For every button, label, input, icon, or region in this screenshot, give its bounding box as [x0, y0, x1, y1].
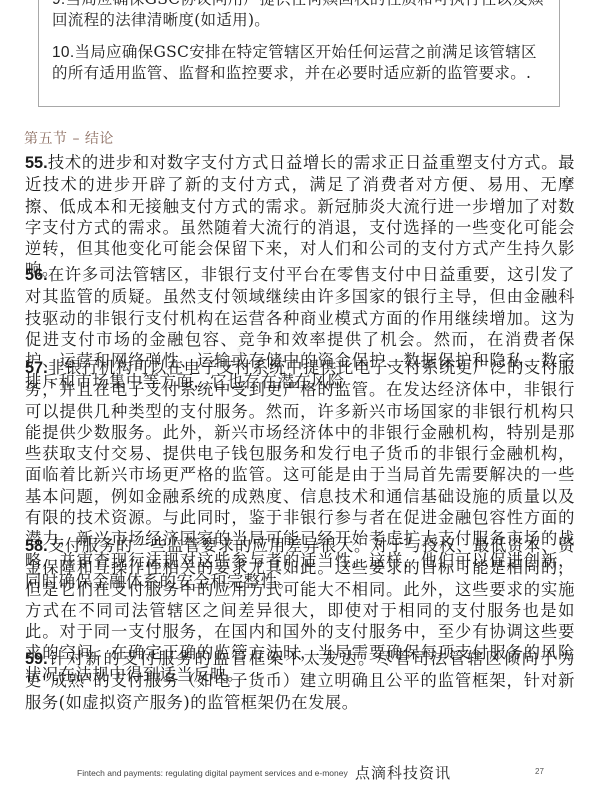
- paragraph-number: 59.: [25, 650, 48, 668]
- paragraph-number: 56.: [25, 266, 48, 284]
- paragraph-number: 57.: [25, 359, 48, 377]
- paragraph-55: 55.技术的进步和对数字支付方式日益增长的需求正日益重塑支付方式。最近技术的进步…: [25, 152, 575, 281]
- item-number: 9.: [52, 0, 66, 8]
- footer-brand-watermark: 点滴科技资讯: [355, 762, 451, 783]
- footer-document-title: Fintech and payments: regulating digital…: [77, 768, 348, 778]
- recommendation-item-9: 9.当局应确保GSC协议向用户提供任何赎回权的性质和可执行性以及赎回流程的法律清…: [52, 0, 552, 30]
- item-text: 当局应确保GSC安排在特定管辖区开始任何运营之前满足该管辖区的所有适用监管、监督…: [52, 43, 537, 82]
- section-heading: 第五节 – 结论: [24, 128, 114, 148]
- item-text: 当局应确保GSC协议向用户提供任何赎回权的性质和可执行性以及赎回流程的法律清晰度…: [52, 0, 544, 29]
- document-page: 9.当局应确保GSC协议向用户提供任何赎回权的性质和可执行性以及赎回流程的法律清…: [0, 0, 600, 789]
- paragraph-text: 针对新的支付服务的监管框架不太发达。尽管司法管辖区倾向于为更"成熟"的支付服务（…: [25, 649, 575, 712]
- page-number: 27: [535, 767, 544, 776]
- page-footer: Fintech and payments: regulating digital…: [0, 762, 600, 782]
- paragraph-59: 59.针对新的支付服务的监管框架不太发达。尽管司法管辖区倾向于为更"成熟"的支付…: [25, 648, 575, 713]
- paragraph-number: 55.: [25, 154, 48, 172]
- item-number: 10.: [52, 44, 74, 61]
- paragraph-number: 58.: [25, 537, 48, 555]
- recommendation-item-10: 10.当局应确保GSC安排在特定管辖区开始任何运营之前满足该管辖区的所有适用监管…: [52, 42, 552, 83]
- paragraph-text: 技术的进步和对数字支付方式日益增长的需求正日益重塑支付方式。最近技术的进步开辟了…: [25, 153, 575, 279]
- recommendation-box: 9.当局应确保GSC协议向用户提供任何赎回权的性质和可执行性以及赎回流程的法律清…: [38, 0, 560, 107]
